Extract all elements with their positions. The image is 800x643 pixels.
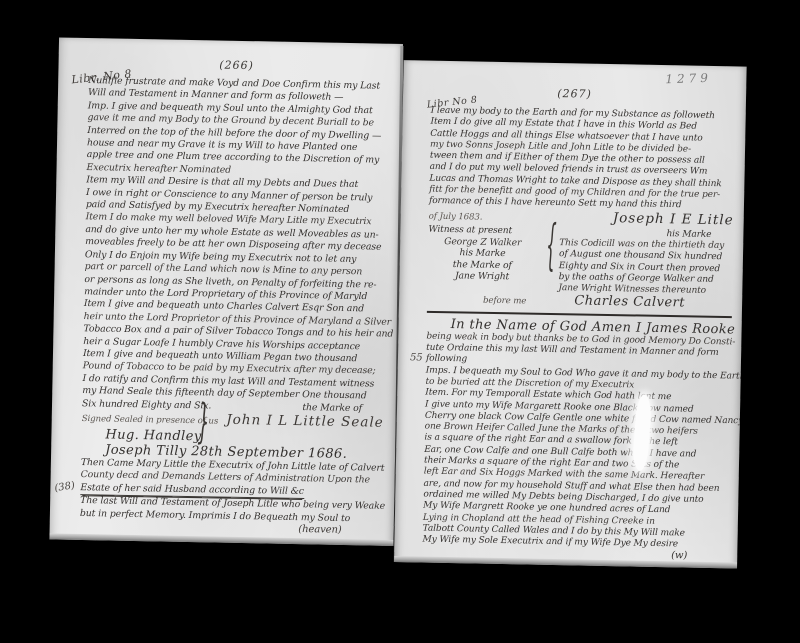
line-left-part: Six hundred Eighty and Six. <box>82 398 211 413</box>
microfilm-scan-background: Libr. No 8 (266) Nullifie frustrate and … <box>0 0 800 643</box>
left-page-text: Nullifie frustrate and make Voyd and Doe… <box>80 75 395 538</box>
margin-mark-left: (38) <box>54 480 76 494</box>
line-right-part: Charles Calvert <box>526 294 736 312</box>
book-spread: Libr. No 8 (266) Nullifie frustrate and … <box>49 37 747 572</box>
line-left-part: before me <box>427 295 526 308</box>
line-left-part: Jane Wright <box>427 270 536 283</box>
left-page: Libr. No 8 (266) Nullifie frustrate and … <box>49 37 403 546</box>
margin-mark-right: 55 <box>410 352 423 363</box>
line-right-part: the Marke of <box>302 402 362 415</box>
line-left-part: Signed Sealed in presence of us <box>82 412 219 430</box>
right-page-text: I leave my body to the Earth and for my … <box>422 106 740 564</box>
line-right-part: Joseph I E Litle <box>613 211 734 228</box>
pencil-folio-number: 1279 <box>666 71 713 87</box>
right-page: 1279 Libr No 8 (267) I leave my body to … <box>394 60 747 568</box>
line-left-part: George Z Walker <box>428 236 537 249</box>
line-left-part: of July 1683. <box>429 209 483 225</box>
